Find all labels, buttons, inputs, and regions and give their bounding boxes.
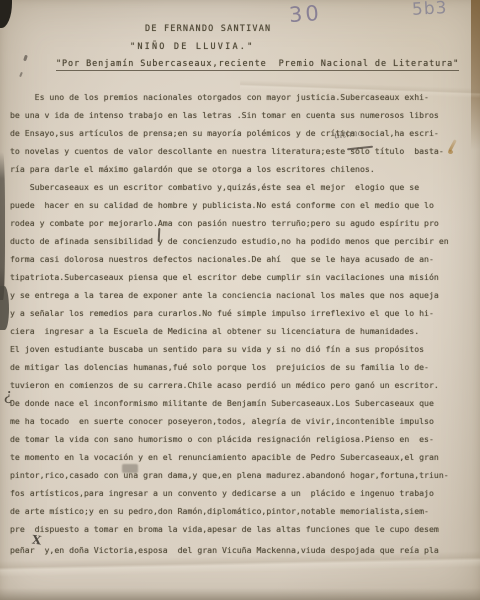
typed-line: El joven estudiante buscaba un sentido p…	[10, 340, 474, 358]
typed-line: de mitigar las dolencias humanas,fué sol…	[10, 358, 474, 376]
typed-line: to novelas y cuentos de valor descollant…	[10, 142, 474, 160]
typed-line: de Ensayo,sus artículos de prensa;en su …	[10, 124, 474, 142]
typed-line: tuvieron en comienzos de su carrera.Chil…	[10, 376, 474, 394]
document-subtitle: "Por Benjamín Subercaseaux,reciente Prem…	[56, 59, 459, 71]
typed-line: puede hacer en su calidad de hombre y pu…	[10, 196, 474, 214]
typed-line: ciera ingresar a la Escuela de Medicina …	[10, 322, 474, 340]
page-corner-shadow	[0, 0, 12, 28]
typed-line: pintor,rico,casado con una gran dama,y q…	[10, 466, 474, 484]
typed-line: De donde nace el inconformismo militante…	[10, 394, 474, 412]
handwritten-archive-code: 5b3	[412, 0, 448, 20]
typed-line: de arte místico;y en su pedro,don Ramón,…	[10, 502, 474, 520]
typed-line: y se entrega a la tarea de exponer ante …	[10, 286, 474, 304]
typed-line: forma casi dolorosa nuestros defectos na…	[10, 250, 474, 268]
typed-line: be una v ida de intenso trabajo en las l…	[10, 106, 474, 124]
typed-line: tipatriota.Subercaseaux piensa que el es…	[10, 268, 474, 286]
typed-line: me ha tocado en suerte conocer poseyeron…	[10, 412, 474, 430]
document-author-line: DE FERNANDO SANTIVAN	[145, 24, 271, 34]
typed-line: ría para darle el máximo galardón que se…	[10, 160, 474, 178]
page-edge-shadow-left-blob	[0, 286, 9, 330]
page-edge-shadow-left	[0, 152, 5, 300]
typed-line: pre dispuesto a tomar en broma la vida,a…	[10, 520, 474, 538]
document-title: "NIÑO DE LLUVIA."	[130, 42, 254, 52]
typed-line: Subercaseaux es un escritor combativo y,…	[10, 178, 474, 196]
typed-line: ducto de afinada sensibilidad y de conci…	[10, 232, 474, 250]
page-edge-shadow-bottom	[0, 588, 480, 600]
typed-line: te momento en la vocación y en el renunc…	[10, 448, 474, 466]
typed-line: Es uno de los premios nacionales otorgad…	[10, 88, 474, 106]
typed-line: rodea y combate por mejorarlo.Ama con pa…	[10, 214, 474, 232]
typed-line: de tomar la vida con sano humorismo o co…	[10, 430, 474, 448]
typed-line: y a señalar los remedios para curarlos.N…	[10, 304, 474, 322]
document-body: Es uno de los premios nacionales otorgad…	[10, 88, 474, 559]
handwritten-page-number: 30	[288, 1, 322, 27]
paper-speck	[23, 55, 28, 62]
paper-speck	[19, 72, 23, 77]
typed-line: fos artísticos,para ingresar a un conven…	[10, 484, 474, 502]
document-page: 30 5b3 último ¿ X DE FERNANDO SANTIVAN "…	[0, 0, 480, 600]
typed-line: peñar y,en doña Victoria,esposa del gran…	[10, 541, 474, 559]
